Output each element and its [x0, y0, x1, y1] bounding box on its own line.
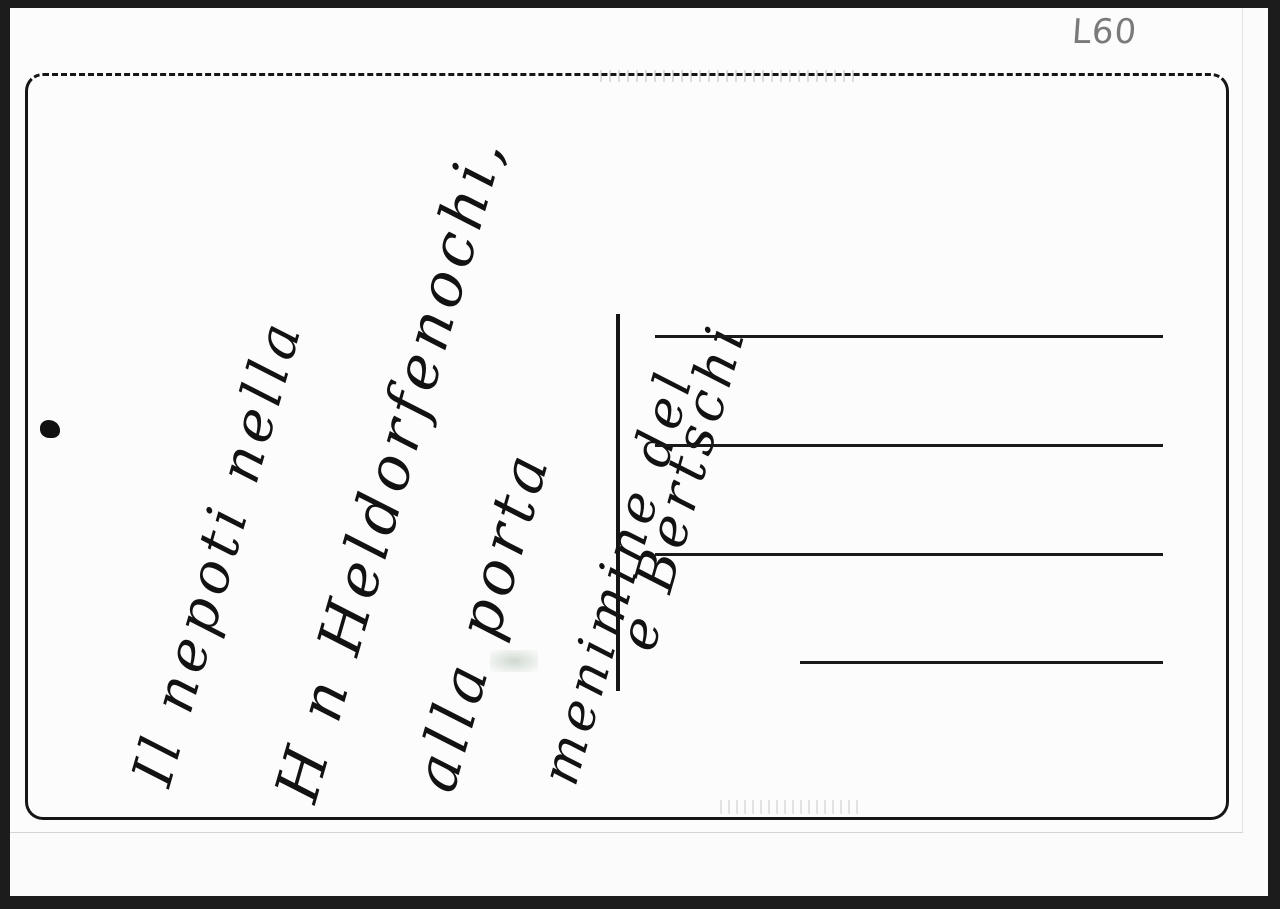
handwritten-message: Il nepoti nella H n Heldorfenochi, alla …	[0, 0, 1280, 909]
stain	[490, 650, 538, 672]
address-line	[655, 335, 1163, 338]
address-line	[655, 553, 1163, 556]
address-line	[800, 661, 1163, 664]
address-line	[655, 444, 1163, 447]
message-address-divider	[616, 314, 620, 691]
